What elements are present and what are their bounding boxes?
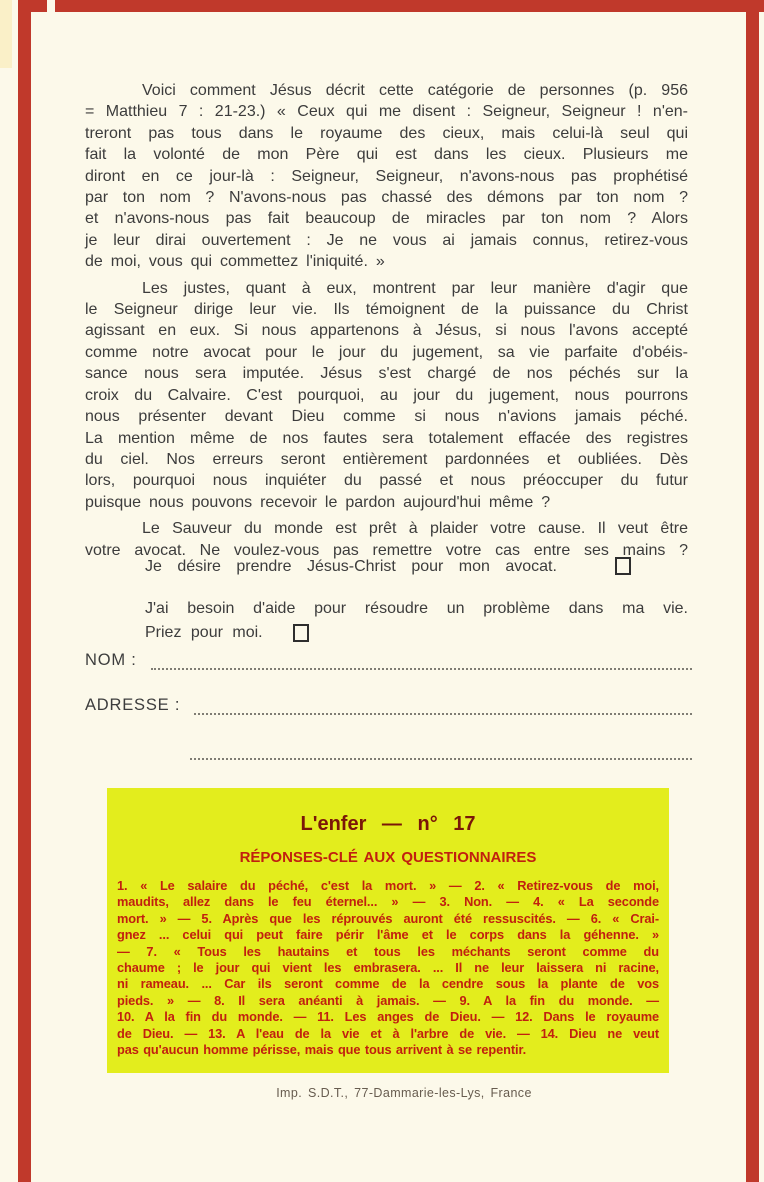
- tract-title: L'enfer — n° 17: [107, 813, 669, 836]
- text-line: 10. A la fin du monde. — 11. Les anges d…: [117, 1009, 659, 1025]
- red-border-right: [746, 0, 759, 1182]
- address-label: ADRESSE :: [85, 696, 180, 715]
- paragraph-matthew-quote: Voici comment Jésus décrit cette catégor…: [85, 80, 688, 273]
- answer-key-box: L'enfer — n° 17 RÉPONSES-CLÉ AUX QUESTIO…: [107, 788, 669, 1073]
- choice-help-line2: Priez pour moi.: [145, 622, 688, 643]
- paragraph-saviour-appeal: Le Sauveur du monde est prêt à plaider v…: [85, 518, 688, 561]
- choice-advocate-label: Je désire prendre Jésus-Christ pour mon …: [145, 558, 557, 575]
- red-border-left: [18, 0, 31, 1182]
- address-field-line2[interactable]: [190, 745, 692, 760]
- text-line: La mention même de nos fautes sera total…: [85, 428, 688, 449]
- text-line: croix du Calvaire. C'est pourquoi, au jo…: [85, 385, 688, 406]
- text-line: = Matthieu 7 : 21-23.) « Ceux qui me dis…: [85, 101, 688, 122]
- text-line: — 7. « Tous les hautains et tous les méc…: [117, 944, 659, 960]
- scanned-tract-page: Voici comment Jésus décrit cette catégor…: [0, 0, 764, 1182]
- page-edge-tint: [0, 0, 12, 68]
- text-line: nous présenter devant Dieu comme si nous…: [85, 406, 688, 427]
- text-line: de Dieu. — 13. A l'eau de la vie et à l'…: [117, 1026, 659, 1042]
- response-options: Je désire prendre Jésus-Christ pour mon …: [85, 556, 688, 643]
- text-line: du ciel. Nos erreurs seront entièrement …: [85, 449, 688, 470]
- choice-help-label-line2: Priez pour moi.: [145, 622, 263, 643]
- name-field[interactable]: [151, 655, 692, 670]
- text-line: par ton nom ? N'avons-nous pas chassé de…: [85, 187, 688, 208]
- text-line: je leur dirai ouvertement : Je ne vous a…: [85, 230, 688, 251]
- text-line: ni rameau. ... Car ils seront comme de l…: [117, 976, 659, 992]
- paragraph-the-just: Les justes, quant à eux, montrent par le…: [85, 278, 688, 513]
- contact-form: NOM : ADRESSE :: [85, 650, 692, 785]
- answer-key-text: 1. « Le salaire du péché, c'est la mort.…: [117, 878, 659, 1058]
- text-line: agissant en eux. Si nous appartenons à J…: [85, 320, 688, 341]
- body-text: Voici comment Jésus décrit cette catégor…: [85, 80, 688, 566]
- text-line: Le Sauveur du monde est prêt à plaider v…: [85, 518, 688, 539]
- text-line: pieds. » — 8. Il sera anéanti à jamais. …: [117, 993, 659, 1009]
- text-line: mort. » — 5. Après que les réprouvés aur…: [117, 911, 659, 927]
- text-line: Les justes, quant à eux, montrent par le…: [85, 278, 688, 299]
- text-line: treront pas tous dans le royaume des cie…: [85, 123, 688, 144]
- text-line: sance nous sera imputée. Jésus s'est cha…: [85, 363, 688, 384]
- advocate-checkbox[interactable]: [615, 557, 631, 575]
- text-line: fait la volonté de mon Père qui est dans…: [85, 144, 688, 165]
- text-line: de moi, vous qui commettez l'iniquité. »: [85, 251, 688, 272]
- text-line: gnez ... celui qui peut faire périr l'âm…: [117, 927, 659, 943]
- address-row: ADRESSE :: [85, 695, 692, 715]
- text-line: et n'avons-nous pas fait beaucoup de mir…: [85, 208, 688, 229]
- red-border-top: [55, 0, 764, 12]
- address-field[interactable]: [194, 700, 692, 715]
- name-label: NOM :: [85, 651, 137, 670]
- imprint: Imp. S.D.T., 77-Dammarie-les-Lys, France: [22, 1086, 764, 1100]
- text-line: maudits, allez dans le feu éternel... » …: [117, 894, 659, 910]
- help-checkbox[interactable]: [293, 624, 309, 642]
- name-row: NOM :: [85, 650, 692, 670]
- text-line: 1. « Le salaire du péché, c'est la mort.…: [117, 878, 659, 894]
- text-line: pas qu'aucun homme périsse, mais que tou…: [117, 1042, 659, 1058]
- address-row-2: [85, 740, 692, 760]
- choice-advocate: Je désire prendre Jésus-Christ pour mon …: [145, 556, 688, 577]
- choice-help-label-line1: J'ai besoin d'aide pour résoudre un prob…: [145, 598, 688, 619]
- answer-key-heading: RÉPONSES-CLÉ AUX QUESTIONNAIRES: [107, 849, 669, 866]
- text-line: puisque nous pouvons recevoir le pardon …: [85, 492, 688, 513]
- text-line: chaume ; le jour qui vient les embrasera…: [117, 960, 659, 976]
- text-line: diront en ce jour-là : Seigneur, Seigneu…: [85, 166, 688, 187]
- text-line: le Seigneur dirige leur vie. Ils témoign…: [85, 299, 688, 320]
- text-line: lors, pourquoi nous inquiéter du passé e…: [85, 470, 688, 491]
- text-line: Voici comment Jésus décrit cette catégor…: [85, 80, 688, 101]
- red-border-corner-mark: [31, 0, 47, 12]
- text-line: comme notre avocat pour le jour du jugem…: [85, 342, 688, 363]
